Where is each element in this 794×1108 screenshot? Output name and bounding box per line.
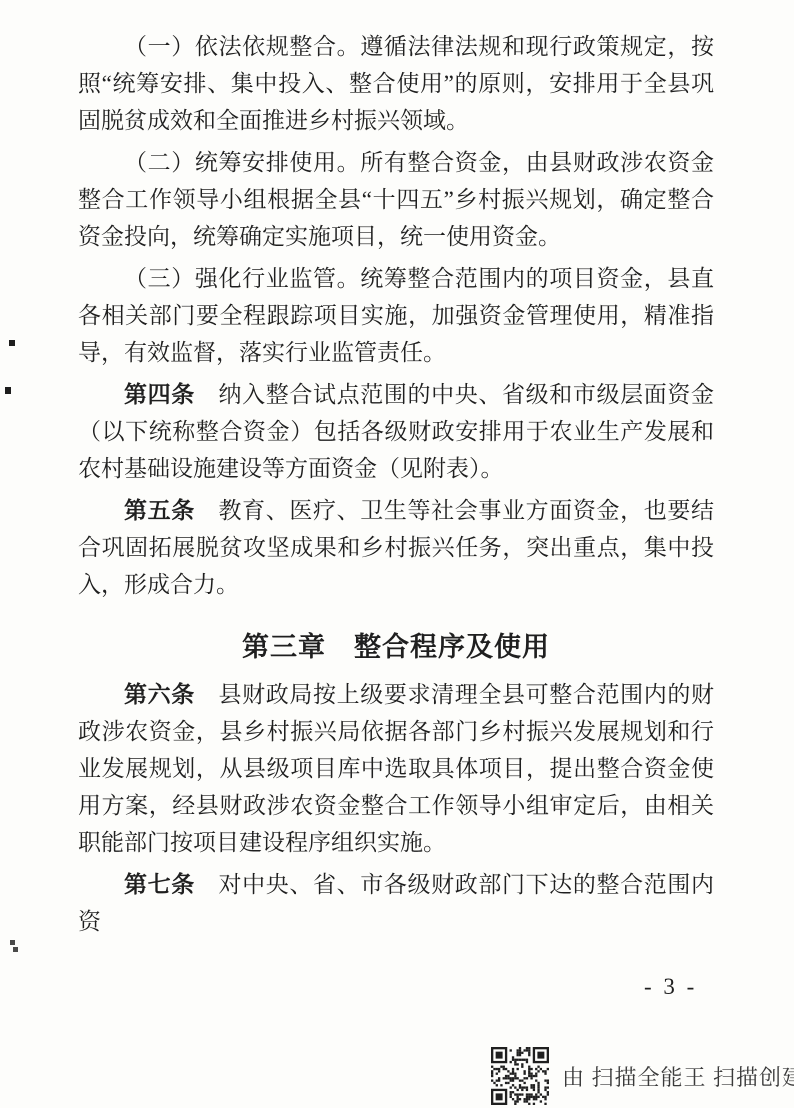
paragraph: 第五条 教育、医疗、卫生等社会事业方面资金，也要结合巩固拓展脱贫攻坚成果和乡村振…	[78, 492, 714, 603]
scanner-footer: 由 扫描全能王 扫描创建	[491, 1047, 794, 1105]
paragraph: 第七条 对中央、省、市各级财政部门下达的整合范围内资	[78, 866, 714, 940]
paragraph: （三）强化行业监管。统筹整合范围内的项目资金，县直各相关部门要全程跟踪项目实施，…	[78, 260, 714, 371]
scan-speckle	[13, 947, 18, 952]
scan-speckle	[9, 340, 15, 346]
document-body: （一）依法依规整合。遵循法律法规和现行政策规定，按照“统筹安排、集中投入、整合使…	[78, 28, 714, 945]
paragraph: （二）统筹安排使用。所有整合资金，由县财政涉农资金整合工作领导小组根据全县“十四…	[78, 144, 714, 255]
paragraph-text: （一）依法依规整合。遵循法律法规和现行政策规定，按照“统筹安排、集中投入、整合使…	[78, 34, 714, 133]
scanner-caption: 由 扫描全能王 扫描创建	[562, 1061, 794, 1092]
chapter-heading: 第三章 整合程序及使用	[78, 629, 714, 666]
scan-speckle	[10, 940, 15, 945]
paragraph: （一）依法依规整合。遵循法律法规和现行政策规定，按照“统筹安排、集中投入、整合使…	[78, 28, 714, 139]
paragraph-lead: 第七条	[124, 872, 195, 897]
scan-speckle	[5, 387, 11, 394]
paragraph-text: （三）强化行业监管。统筹整合范围内的项目资金，县直各相关部门要全程跟踪项目实施，…	[78, 266, 714, 365]
scanned-document-page: （一）依法依规整合。遵循法律法规和现行政策规定，按照“统筹安排、集中投入、整合使…	[0, 0, 794, 1108]
paragraph: 第四条 纳入整合试点范围的中央、省级和市级层面资金（以下统称整合资金）包括各级财…	[78, 376, 714, 487]
paragraph-lead: 第六条	[124, 682, 195, 707]
paragraph-lead: 第四条	[124, 382, 195, 407]
paragraph-text: （二）统筹安排使用。所有整合资金，由县财政涉农资金整合工作领导小组根据全县“十四…	[78, 150, 714, 249]
page-number: - 3 -	[644, 974, 697, 1000]
paragraph: 第六条 县财政局按上级要求清理全县可整合范围内的财政涉农资金，县乡村振兴局依据各…	[78, 676, 714, 861]
paragraph-lead: 第五条	[124, 498, 195, 523]
qr-code-icon	[491, 1047, 549, 1105]
paragraph-text: 县财政局按上级要求清理全县可整合范围内的财政涉农资金，县乡村振兴局依据各部门乡村…	[78, 682, 714, 855]
